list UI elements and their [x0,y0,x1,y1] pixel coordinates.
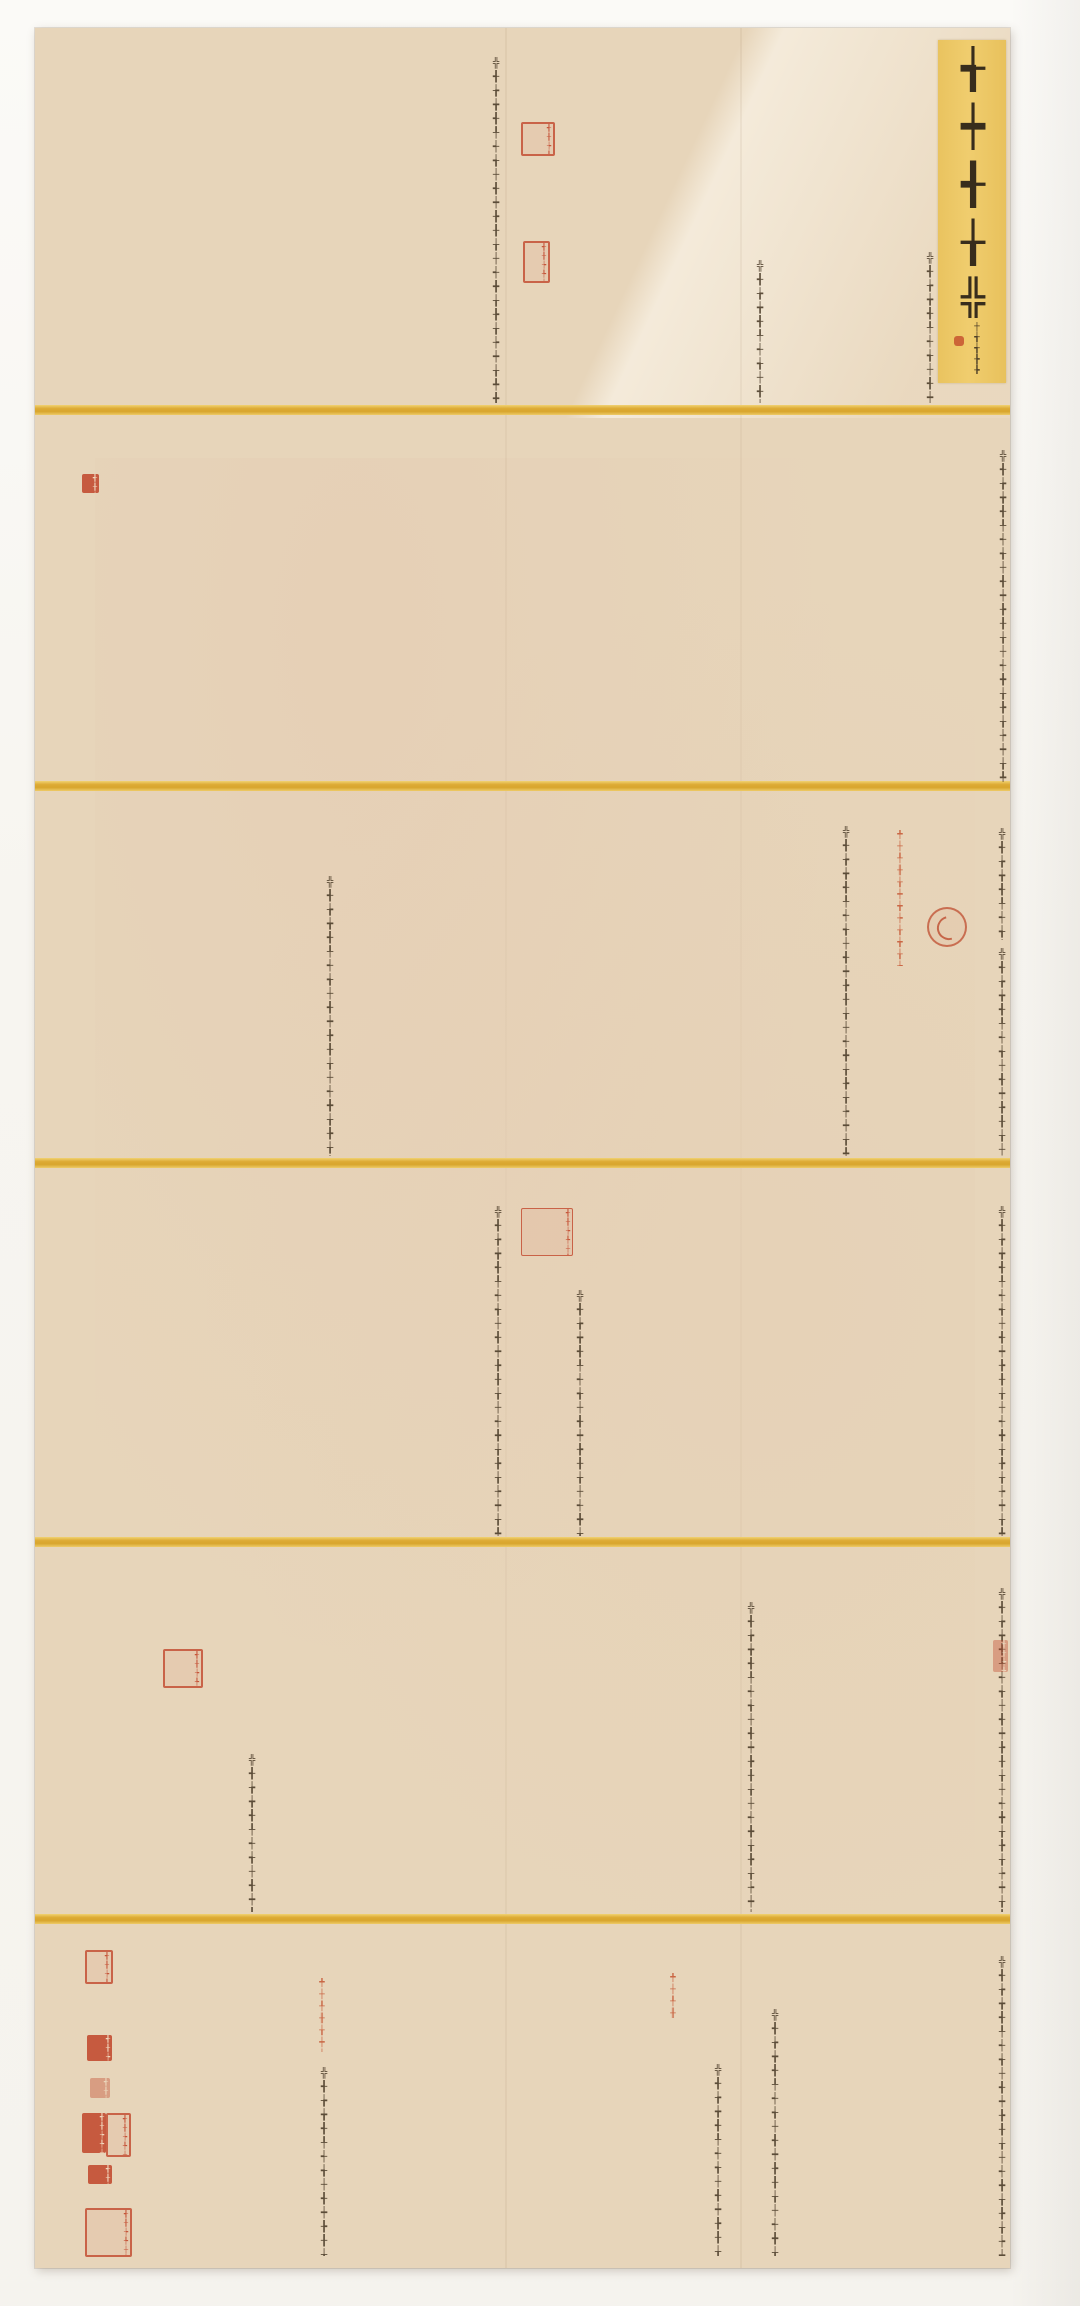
red-seal-round [927,907,967,947]
red-seal-ornate-square: ╉╂┾╄┼╃╉┼╊╂┽╈╫╃╈╆┼┾╋╁╪╅╃╀╋╃┽╁┿╊ [521,1208,573,1256]
red-seal-outline: ╉╂┾╄┼╃╉┼╊ [85,1950,113,1984]
panel1-text-block-left: ╬╉╆╈╉╀┽╅┼╉┿╊╂╁┼┽╋╁╊╁┾┿╁╇╋╃╂╫╀╊╅╄╅╁╀╫╂╅╬╪… [90,57,502,403]
panel3-red-commentary: ╇┼╀╫╁┿╈┾╁╈╁╆╂╇╃╇┼╇╋╬╈┿╃╉ [877,830,905,966]
red-seal-square: ╉╂┾╄┼╃╉┼╊ [521,122,555,156]
panel4-text-block-middle: ╬╉╆╈╉╀┽╅┼╉┿╊╂╁┼┽╋╁╊╁┾┿╁╇╋╃╂╫╀╊╅╄╅╁╀╫╂╅╬╪… [508,1290,586,1536]
panel6-red-commentary-b: ╇┼╀╫╁┿╈┾╁╈╁╆╂╇╃╇┼╇╋╬╈┿╃╉╫╅┽╄╇╇╊╇╋╊┽╁┿┼╂╆… [550,1973,678,2018]
gold-divider [35,405,1010,415]
gold-divider [35,1537,1010,1547]
panel1-text-block-middle: ╬╉╆╈╉╀┽╅┼╉┿╊╂╁┼┽╋╁╊╁┾┿╁╇╋╃╂╫╀╊╅╄╅╁╀╫╂╅╬╪… [558,260,766,403]
panel6-text-block-center: ╬╉╆╈╉╀┽╅┼╉┿╊╂╁┼┽╋╁╊╁┾┿╁╇╋╃╂╫╀╊╅╄╅╁╀╫╂╅╬╪… [332,2064,724,2256]
red-seal-large: ╉╂┾╄┼╃╉┼╊╂┽╈╫╃╈╆┼┾╋╁╪╅╃╀╋ [85,2208,132,2257]
gold-divider [35,1914,1010,1924]
panel3-text-block-topright: ╬╉╆╈╉╀┽╅┼╉┿╊╂╁┼┽╋╁╊╁┾┿╁╇ [965,828,1008,940]
red-seal-pair-right: ╉╂┾╄┼╃╉┼╊╂ [106,2113,131,2157]
panel1-text-block-right: ╬╉╆╈╉╀┽╅┼╉┿╊╂╁┼┽╋╁╊╁┾┿╁╇╋╃╂╫╀╊╅╄╅╁╀╫╂╅╬╪… [773,252,936,403]
panel3-text-block-center: ╬╉╆╈╉╀┽╅┼╉┿╊╂╁┼┽╋╁╊╁┾┿╁╇╋╃╂╫╀╊╅╄╅╁╀╫╂╅╬╪… [338,826,852,1156]
panel3-text-block-left: ╬╉╆╈╉╀┽╅┼╉┿╊╂╁┼┽╋╁╊╁┾┿╁╇╋╃╂╫╀╊╅╄╅╁╀╫╂╅╬╪… [100,876,336,1156]
red-seal-small: ╉╂┾╄┼╃ [88,2165,112,2184]
panel6-text-block-colophon: ╬╉╆╈╉╀┽╅┼╉┿╊╂╁┼┽╋╁╊╁┾┿╁╇╋╃╂╫╀╊╅╄╅╁╀╫╂╅╬╪… [175,2067,330,2256]
red-seal-rect: ╉╂┾╄┼╃╉┼ [523,241,550,283]
mat-right-shadow [1010,0,1080,2306]
panel5-text-block-center: ╬╉╆╈╉╀┽╅┼╉┿╊╂╁┼┽╋╁╊╁┾┿╁╇╋╃╂╫╀╊╅╄╅╁╀╫╂╅╬╪… [263,1602,757,1912]
red-seal-edge: ╉╂┾╄ [993,1640,1008,1672]
gold-divider [35,781,1010,791]
panel5-text-block-right: ╬╉╆╈╉╀┽╅┼╉┿╊╂╁┼┽╋╁╊╁┾┿╁╇╋╃╂╫╀╊╅╄╅╁╀╫╂╅╬╪… [765,1588,1008,1912]
panel5-text-block-lowerleft: ╬╉╆╈╉╀┽╅┼╉┿╊╂╁┼┽╋╁╊╁┾┿╁╇╋╃╂╫╀╊╅╄╅╁╀╫╂╅╬╪… [100,1754,258,1912]
panel2-text-block: ╬╉╆╈╉╀┽╅┼╉┿╊╂╁┼┽╋╁╊╁┾┿╁╇╋╃╂╫╀╊╅╄╅╁╀╫╂╅╬╪… [99,450,1009,782]
red-seal-faint: ╉╂┾╄ [90,2078,110,2098]
red-seal-pair-left: ╉╂┾╄┼╃╉┼╊╂┽╈╫╃╈ [82,2113,106,2153]
title-calligraphy: ╅┿╉╁╬ [944,46,1002,318]
red-seal-square: ╉╂┾╄┼╃╉┼╊╂┽╈╫╃╈╆ [163,1649,203,1688]
title-signature: ┼╅╅╊╊╬╬╁╁╉ [952,322,982,374]
signature-seal-dot [954,336,964,346]
calligraphy-scroll-photo: { "artwork": { "kind": "Chinese calligra… [0,0,1080,2306]
scroll-paper: ╅┿╉╁╬ ┼╅╅╊╊╬╬╁╁╉ ╬╉╆╈╉╀┽╅┼╉┿╊╂╁┼┽╋╁╊╁┾┿╁… [35,28,1010,2268]
panel4-text-block-right: ╬╉╆╈╉╀┽╅┼╉┿╊╂╁┼┽╋╁╊╁┾┿╁╇╋╃╂╫╀╊╅╄╅╁╀╫╂╅╬╪… [590,1206,1008,1536]
red-seal-solid: ╉╂┾╄┼╃╉┼╊ [87,2035,112,2061]
panel6-red-commentary-a: ╇┼╀╫╁┿╈┾╁╈╁╆╂╇╃╇┼╇╋╬╈┿╃╉╫╅┽╄╇╇╊╇╋╊┽╁┿┼╂╆… [250,1978,327,2052]
title-slip: ╅┿╉╁╬ ┼╅╅╊╊╬╬╁╁╉ [938,40,1006,383]
panel6-text-block-right: ╬╉╆╈╉╀┽╅┼╉┿╊╂╁┼┽╋╁╊╁┾┿╁╇╋╃╂╫╀╊╅╄╅╁╀╫╂╅╬╪… [783,1956,1008,2256]
panel6-text-block-midright: ╬╉╆╈╉╀┽╅┼╉┿╊╂╁┼┽╋╁╊╁┾┿╁╇╋╃╂╫╀╊╅╄╅╁╀╫╂╅╬╪… [727,2009,781,2256]
gold-divider [35,1158,1010,1168]
panel4-text-block-left: ╬╉╆╈╉╀┽╅┼╉┿╊╂╁┼┽╋╁╊╁┾┿╁╇╋╃╂╫╀╊╅╄╅╁╀╫╂╅╬╪… [100,1206,504,1536]
panel3-text-block-right: ╬╉╆╈╉╀┽╅┼╉┿╊╂╁┼┽╋╁╊╁┾┿╁╇╋╃╂╫╀╊╅╄╅╁╀╫╂╅╬╪… [858,948,1008,1156]
red-seal-small: ╉╂┾╄ [82,474,99,493]
round-seal-motif [933,912,966,945]
